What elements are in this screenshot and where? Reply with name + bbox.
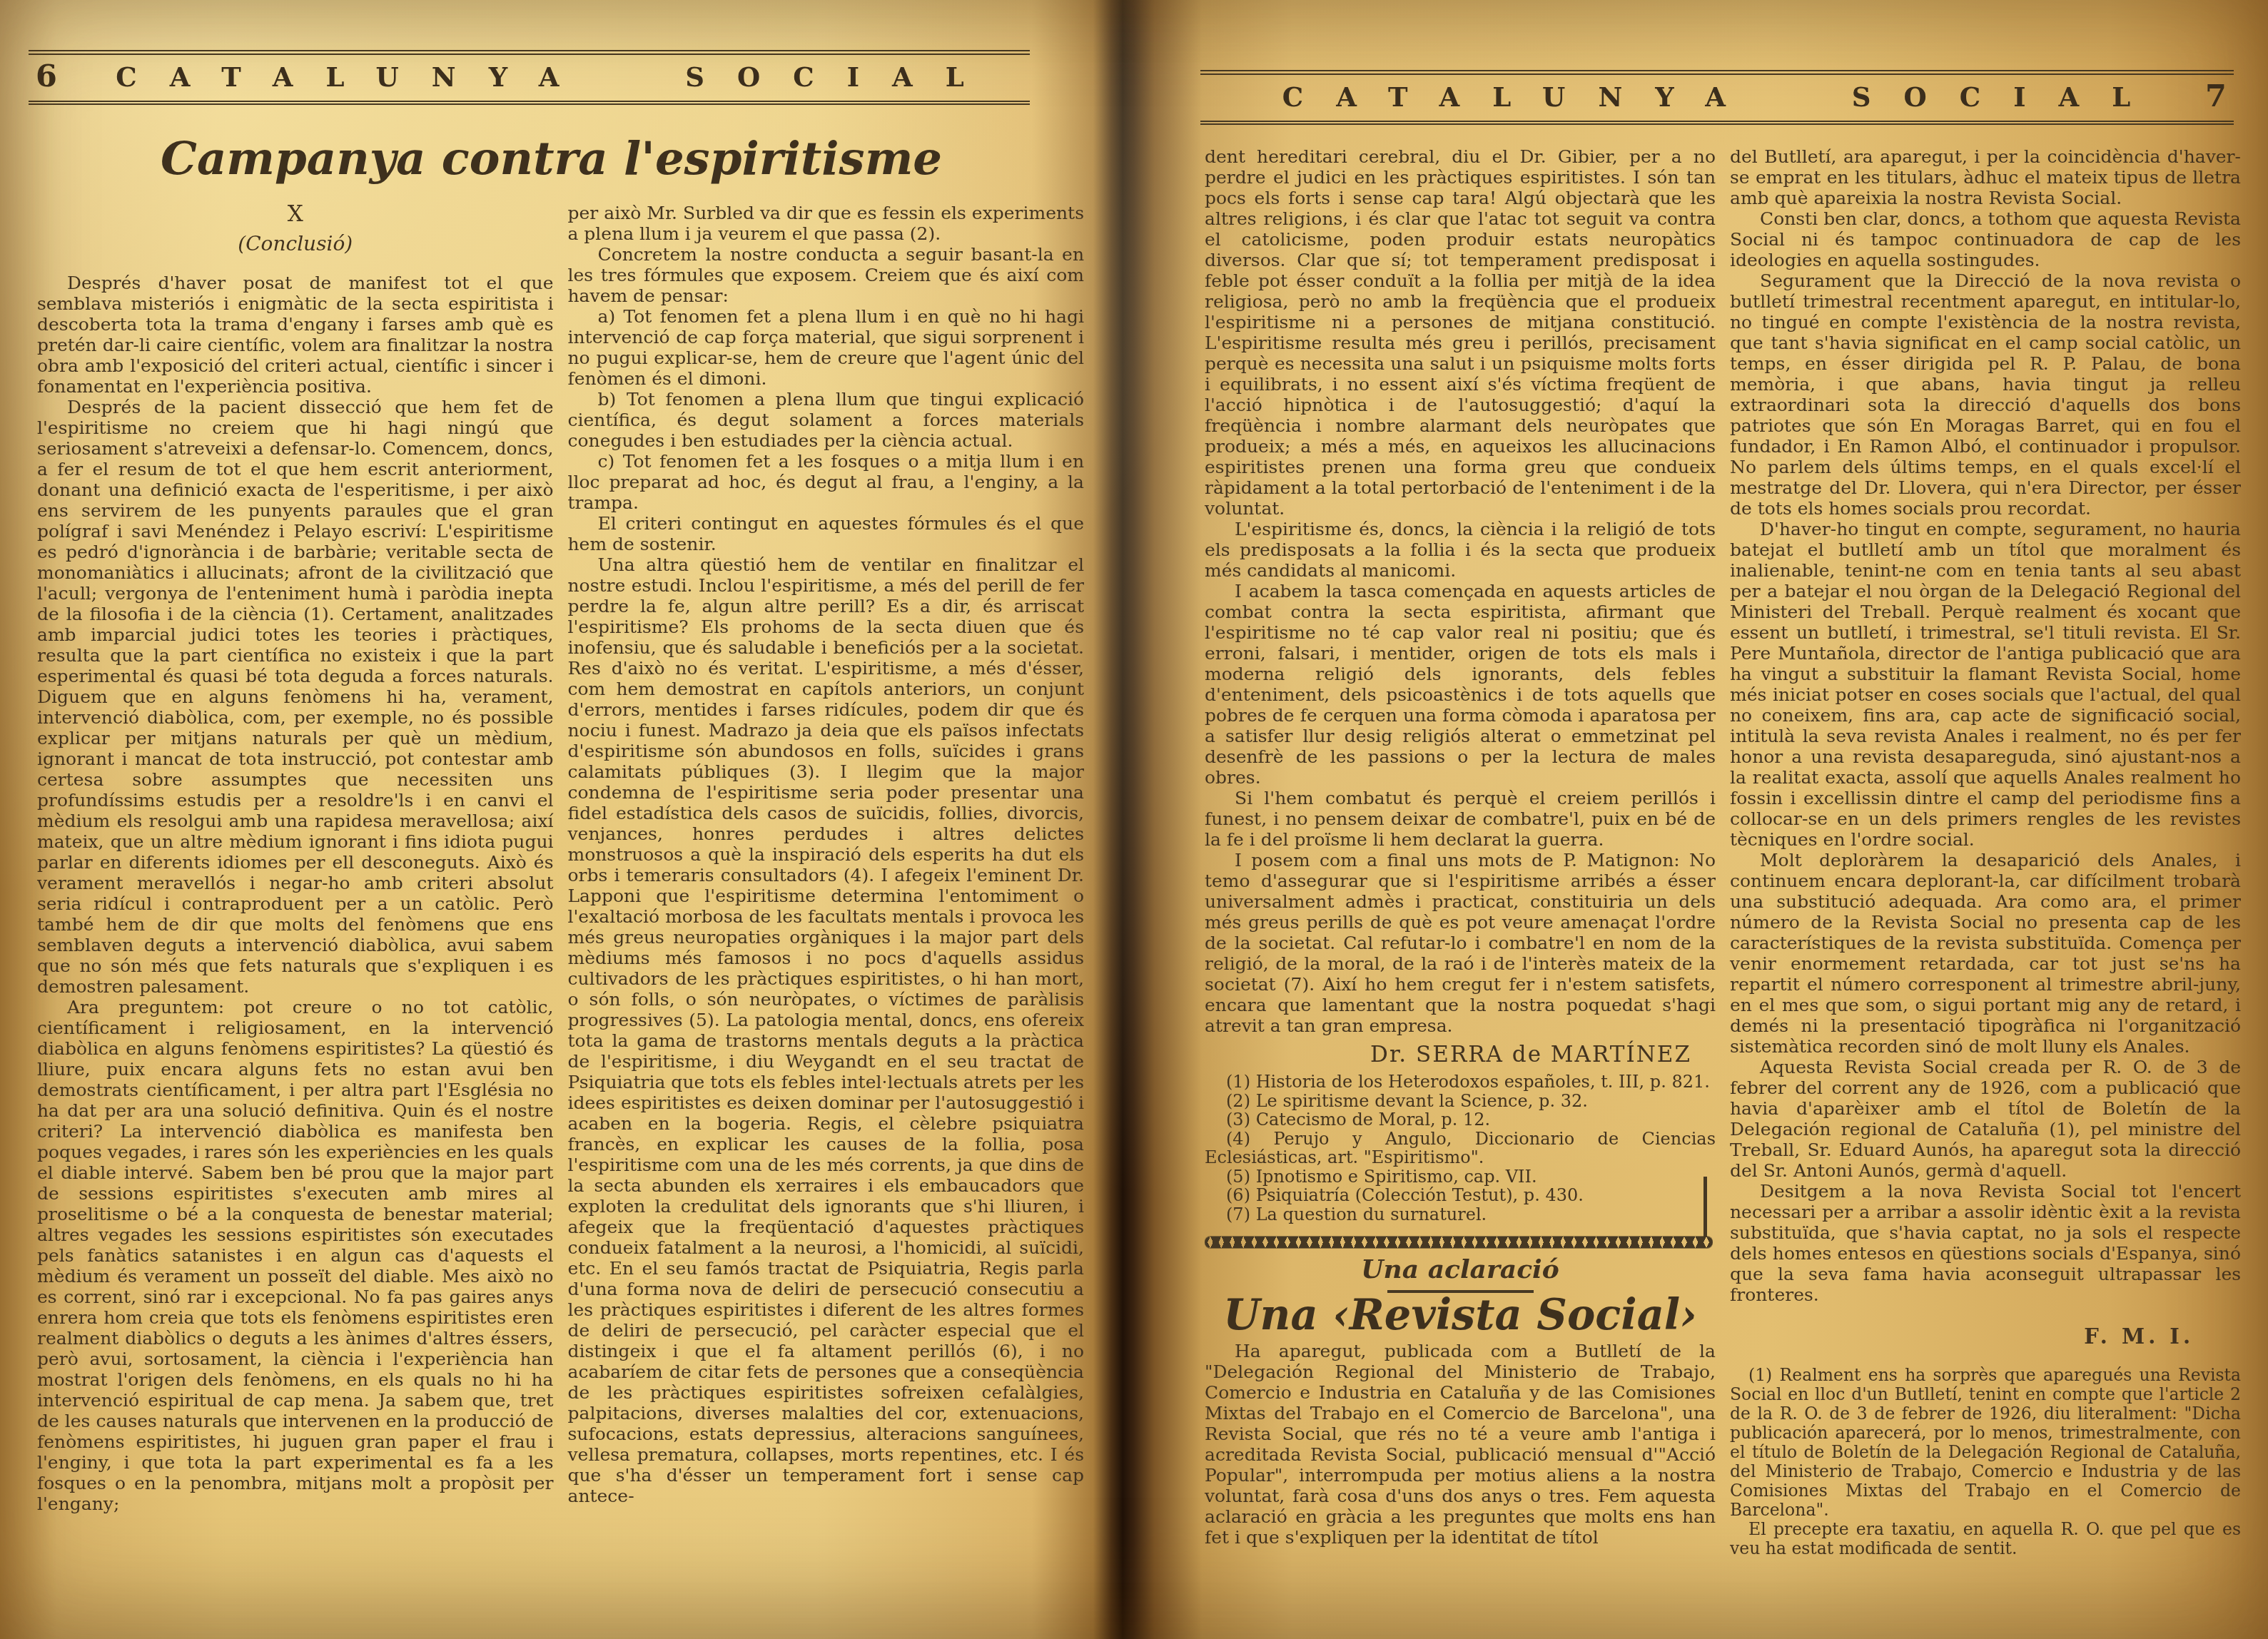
paragraph: I posem com a final uns mots de P. Matig… [1205, 850, 1716, 1036]
footnote: (3) Catecismo de Moral, p. 12. [1205, 1110, 1716, 1130]
article-signature: Dr. SERRA de MARTÍNEZ [1205, 1045, 1691, 1065]
text-column-2: per això Mr. Surbled va dir que es fessi… [568, 203, 1085, 1514]
column-4-body: del Butlletí, ara aparegut, i per la coi… [1730, 146, 2241, 1305]
footnote: (1) Historia de los Heterodoxos españole… [1205, 1072, 1716, 1092]
paragraph: del Butlletí, ara aparegut, i per la coi… [1730, 146, 2241, 208]
masthead-title-left: CATALUNYA SOCIAL [57, 61, 1023, 93]
masthead-right: CATALUNYA SOCIAL 7 [1200, 70, 2234, 125]
paragraph: El criteri contingut en aquestes fórmule… [568, 513, 1085, 554]
text-column-1: X (Conclusió) Després d'haver posat de m… [37, 203, 554, 1514]
section-note: (Conclusió) [37, 233, 554, 254]
paragraph: Molt deploràrem la desaparició dels Anal… [1730, 850, 2241, 1057]
page-right: CATALUNYA SOCIAL 7 dent hereditari cereb… [1193, 0, 2268, 1639]
text-column-4: del Butlletí, ara aparegut, i per la coi… [1730, 146, 2241, 1558]
footnote: (7) La question du surnaturel. [1205, 1205, 1716, 1224]
paragraph: Aquesta Revista Social creada per R. O. … [1730, 1057, 2241, 1181]
paragraph: Segurament que la Direcció de la nova re… [1730, 270, 2241, 519]
column-2-body: per això Mr. Surbled va dir que es fessi… [568, 203, 1085, 1506]
page-number-left: 6 [36, 59, 57, 94]
footnote-list-small: (1) Realment ens ha sorprès que aparegué… [1730, 1366, 2241, 1558]
paragraph: D'haver-ho tingut en compte, segurament,… [1730, 519, 2241, 850]
masthead-left: 6 CATALUNYA SOCIAL [29, 50, 1030, 105]
chain-hook-ornament [1703, 1177, 1707, 1237]
paragraph: a) Tot fenomen fet a plena llum i en què… [568, 306, 1085, 389]
paragraph: L'espiritisme és, doncs, la ciència i la… [1205, 519, 1716, 581]
paragraph: Si l'hem combatut és perquè el creiem pe… [1205, 788, 1716, 850]
footnote: (4) Perujo y Angulo, Diccionario de Cien… [1205, 1130, 1716, 1167]
footnote: (1) Realment ens ha sorprès que aparegué… [1730, 1366, 2241, 1520]
masthead-title-right: CATALUNYA SOCIAL [1208, 81, 2205, 113]
magazine-spread-scan: 6 CATALUNYA SOCIAL Campanya contra l'esp… [0, 0, 2268, 1639]
footnote: (5) Ipnotismo e Spiritismo, cap. VII. [1205, 1167, 1716, 1187]
footnote: El precepte era taxatiu, en aquella R. O… [1730, 1520, 2241, 1558]
paragraph: dent hereditari cerebral, diu el Dr. Gib… [1205, 146, 1716, 519]
footnote: (6) Psiquiatría (Colección Testut), p. 4… [1205, 1186, 1716, 1205]
page-left: 6 CATALUNYA SOCIAL Campanya contra l'esp… [0, 0, 1103, 1639]
chain-rule-ornament [1205, 1237, 1713, 1248]
section-number: X [37, 204, 554, 225]
paragraph: Després d'haver posat de manifest tot el… [37, 273, 554, 397]
column-3-body: dent hereditari cerebral, diu el Dr. Gib… [1205, 146, 1716, 1036]
paragraph: Ha aparegut, publicada com a Butlletí de… [1205, 1341, 1716, 1548]
paragraph: I acabem la tasca començada en aquests a… [1205, 581, 1716, 788]
paragraph: per això Mr. Surbled va dir que es fessi… [568, 203, 1085, 244]
paragraph: Una altra qüestió hem de ventilar en fin… [568, 554, 1085, 1506]
paragraph: Desitgem a la nova Revista Social tot l'… [1730, 1181, 2241, 1305]
footnote-list: (1) Historia de los Heterodoxos españole… [1205, 1072, 1716, 1224]
paragraph: b) Tot fenomen a plena llum que tingui e… [568, 389, 1085, 451]
aclaracio-body: Ha aparegut, publicada com a Butlletí de… [1205, 1341, 1716, 1548]
paragraph: c) Tot fenomen fet a les fosques o a mit… [568, 451, 1085, 513]
page-number-right: 7 [2205, 78, 2227, 114]
paragraph: Consti ben clar, doncs, a tothom que aqu… [1730, 208, 2241, 270]
paragraph: Concretem la nostre conducta a seguir ba… [568, 244, 1085, 306]
paragraph: Ara preguntem: pot creure o no tot catòl… [37, 997, 554, 1514]
subarticle-title: Una ‹Revista Social› [1205, 1304, 1716, 1325]
aclaracio-kicker: Una aclaració [1205, 1259, 1716, 1280]
text-column-3: dent hereditari cerebral, diu el Dr. Gib… [1205, 146, 1716, 1558]
article-title: Campanya contra l'espiritisme [50, 132, 1053, 186]
initials-signature: F. M. I. [1730, 1326, 2194, 1347]
column-1-body: Després d'haver posat de manifest tot el… [37, 273, 554, 1514]
paragraph: Després de la pacient dissecció que hem … [37, 397, 554, 997]
footnote: (2) Le spiritisme devant la Science, p. … [1205, 1092, 1716, 1111]
